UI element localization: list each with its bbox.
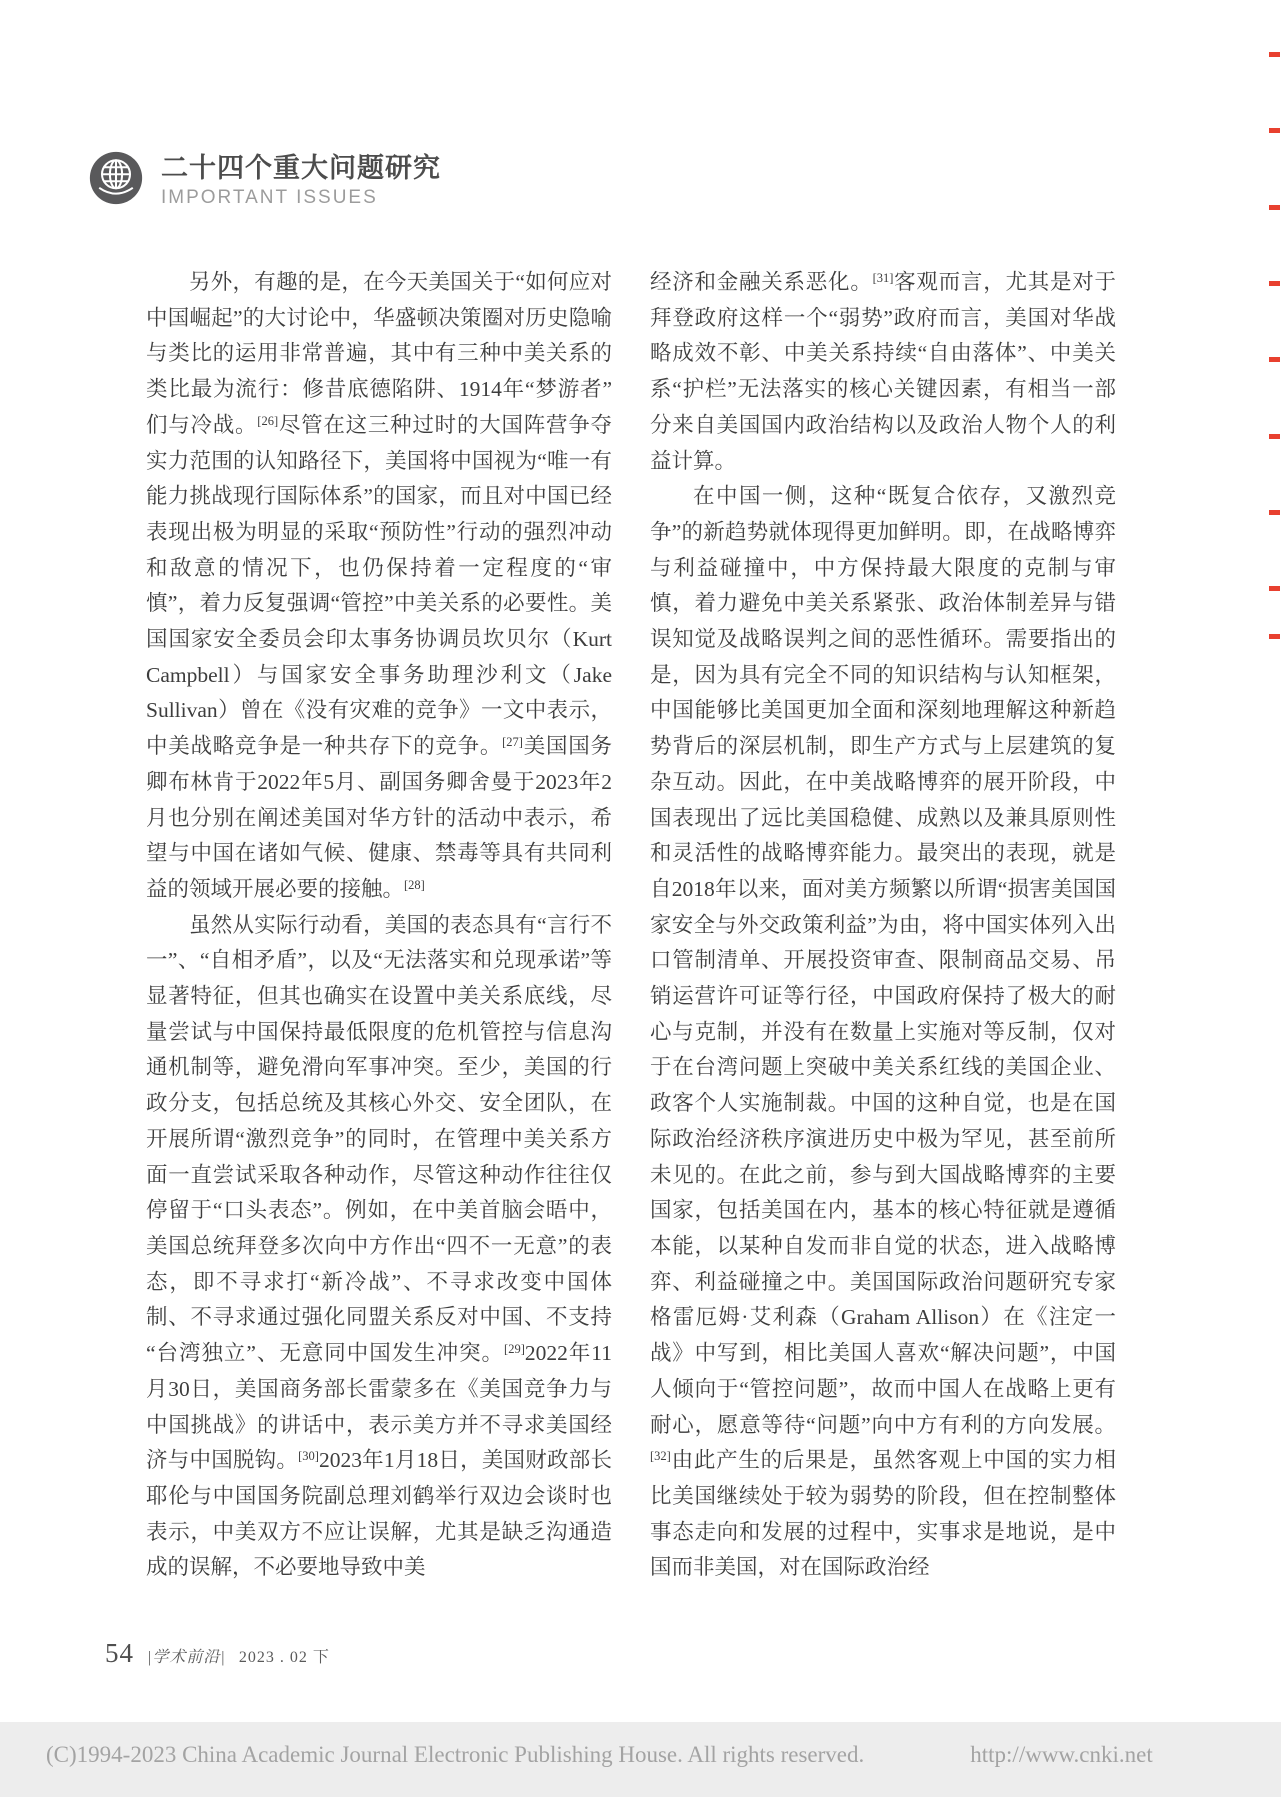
masthead-titles: 二十四个重大问题研究 IMPORTANT ISSUES [161,154,441,209]
scan-edge-mark [1269,586,1280,591]
section-title-cn: 二十四个重大问题研究 [161,154,441,184]
scan-edge-mark [1269,205,1280,210]
globe-icon [88,150,144,206]
scan-edge-mark [1269,281,1280,286]
edge-marks [1267,0,1281,1797]
scan-edge-mark [1269,52,1280,57]
journal-page: 二十四个重大问题研究 IMPORTANT ISSUES 另外，有趣的是，在今天美… [0,0,1281,1797]
section-title-en: IMPORTANT ISSUES [161,187,441,209]
citation-marker: [28] [404,878,425,892]
issue-label: 2023 . 02 下 [239,1644,330,1667]
journal-masthead: 二十四个重大问题研究 IMPORTANT ISSUES [88,150,441,209]
scan-edge-mark [1269,357,1280,362]
copyright-bar: (C)1994-2023 China Academic Journal Elec… [0,1722,1281,1797]
journal-name: |学术前沿| [147,1644,226,1667]
scan-edge-mark [1269,434,1280,439]
copyright-notice: (C)1994-2023 China Academic Journal Elec… [46,1742,864,1767]
scan-edge-mark [1269,510,1280,515]
right-column: 经济和金融关系恶化。[31]客观而言，尤其是对于拜登政府这样一个“弱势”政府而言… [650,265,1116,1586]
page-number: 54 [105,1638,134,1669]
citation-marker: [26] [257,414,278,428]
left-column: 另外，有趣的是，在今天美国关于“如何应对中国崛起”的大讨论中，华盛顿决策圈对历史… [146,265,612,1586]
citation-marker: [32] [650,1449,671,1463]
citation-marker: [27] [502,735,523,749]
paragraph: 在中国一侧，这种“既复合依存，又激烈竞争”的新趋势就体现得更加鲜明。即，在战略博… [650,479,1116,1586]
paragraph: 另外，有趣的是，在今天美国关于“如何应对中国崛起”的大讨论中，华盛顿决策圈对历史… [146,265,612,908]
cnki-url: http://www.cnki.net [970,1742,1152,1767]
scan-edge-mark [1269,634,1280,639]
citation-marker: [29] [504,1342,525,1356]
page-footer: 54 |学术前沿| 2023 . 02 下 [105,1638,330,1669]
scan-edge-mark [1269,128,1280,133]
paragraph: 经济和金融关系恶化。[31]客观而言，尤其是对于拜登政府这样一个“弱势”政府而言… [650,265,1116,479]
citation-marker: [31] [873,271,894,285]
citation-marker: [30] [298,1449,319,1463]
paragraph: 虽然从实际行动看，美国的表态具有“言行不一”、“自相矛盾”，以及“无法落实和兑现… [146,908,612,1586]
